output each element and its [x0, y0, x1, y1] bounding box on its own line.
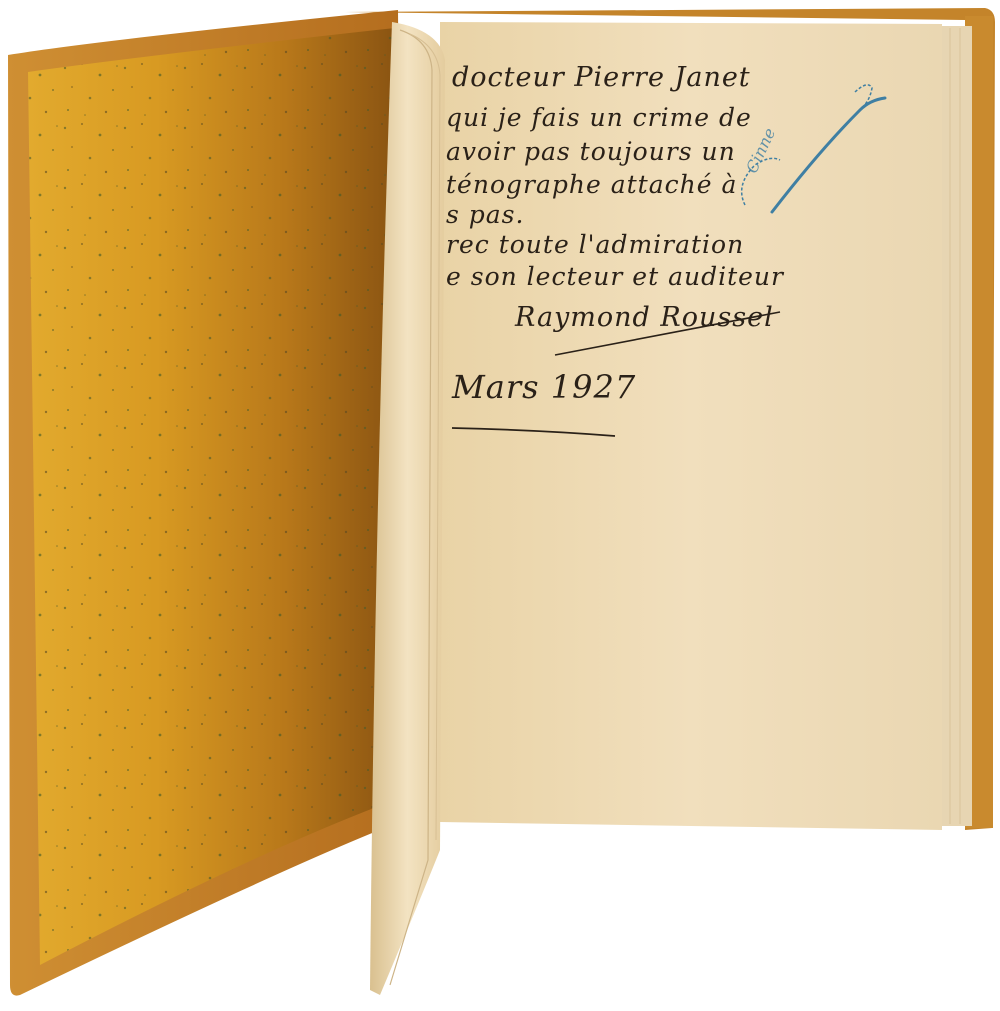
- inscription-line: s pas.: [446, 200, 524, 229]
- inscription-line: qui je fais un crime de: [446, 103, 752, 132]
- inscription-line: ténographe attaché à: [446, 170, 737, 199]
- inscription-line: e son lecteur et auditeur: [446, 262, 784, 291]
- signature: Raymond Roussel: [515, 302, 774, 333]
- inscription-line: docteur Pierre Janet: [452, 62, 751, 93]
- inscription-date: Mars 1927: [452, 368, 636, 406]
- inscription-line: rec toute l'admiration: [446, 230, 744, 259]
- inscription-line: avoir pas toujours un: [446, 137, 736, 166]
- book-photo: docteur Pierre Janet qui je fais un crim…: [0, 0, 1000, 1011]
